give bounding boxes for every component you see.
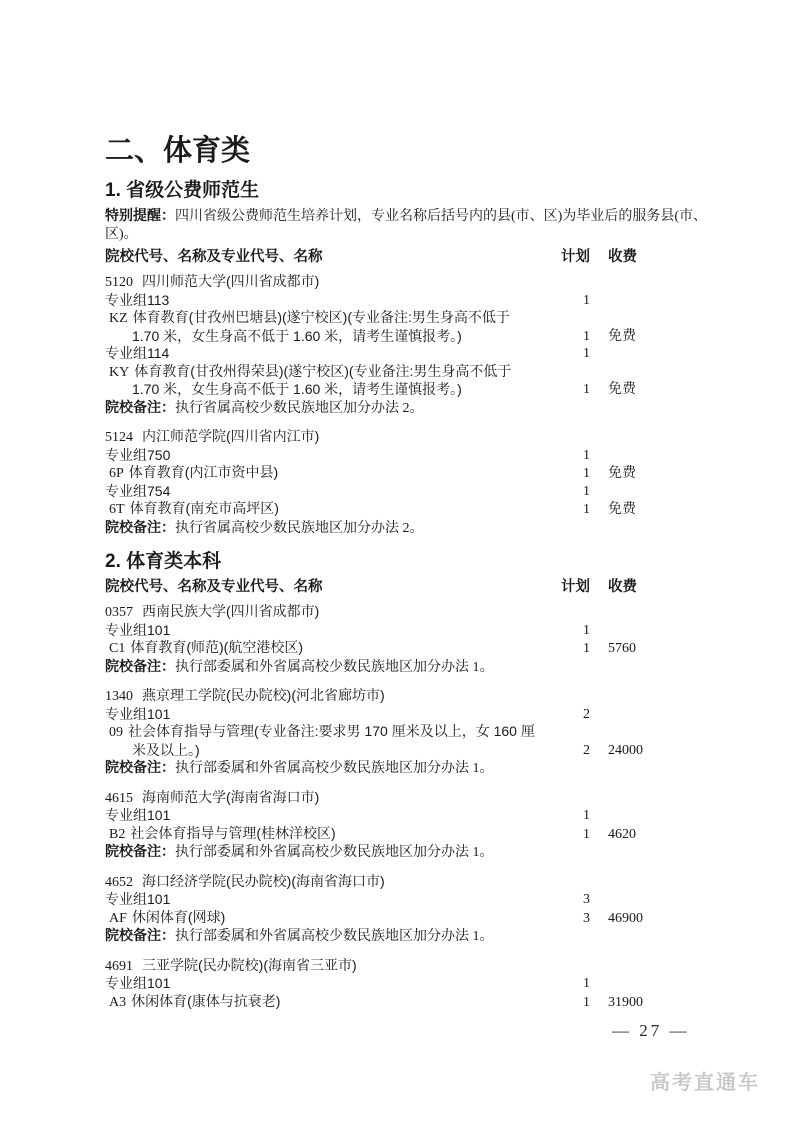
school-remark: 院校备注：执行部委属和外省属高校少数民族地区加分办法 1。 [105,927,668,946]
school-name: 内江师范学院(四川省内江市) [142,428,319,444]
group-row: 专业组101 3 [105,891,668,909]
group-label: 专业组113 [105,292,550,310]
major-code: KY [109,365,129,380]
group-label: 专业组114 [105,345,550,363]
fee-value: 4620 [590,826,668,844]
major-name: 体育教育(甘孜州巴塘县)(遂宁校区)(专业备注:男生身高不低于 1.70 米，女… [132,309,510,344]
school-row: 4691三亚学院(民办院校)(海南省三亚市) [105,957,668,976]
major-row: B2社会体育指导与管理(桂林洋校区) 1 4620 [105,825,668,844]
group-row: 专业组101 1 [105,807,668,825]
school-code: 0357 [105,605,133,620]
section-heading-1: 1. 省级公费师范生 [105,180,668,202]
page-number: — 27 — [612,1021,707,1041]
school-code: 5120 [105,275,133,290]
remark-text: 执行省属高校少数民族地区加分办法 2。 [175,401,424,416]
school-remark: 院校备注：执行省属高校少数民族地区加分办法 2。 [105,399,668,418]
major-row: 6P体育教育(内江市资中县) 1 免费 [105,464,668,483]
school-remark: 院校备注：执行省属高校少数民族地区加分办法 2。 [105,519,668,538]
major-name: 休闲体育(网球) [132,909,225,925]
page-title: 二、体育类 [105,134,668,168]
remark-prefix: 院校备注： [105,519,175,535]
plan-value: 1 [550,994,590,1012]
school-row: 0357西南民族大学(四川省成都市) [105,603,668,622]
col-fee-label: 收费 [590,248,668,266]
remark-prefix: 院校备注： [105,927,175,943]
group-label: 专业组101 [105,622,550,640]
plan-value: 1 [550,328,590,346]
plan-value: 1 [550,826,590,844]
school-block: 4615海南师范大学(海南省海口市) 专业组101 1 B2社会体育指导与管理(… [105,789,668,862]
school-code: 4615 [105,791,133,806]
major-name: 体育教育(南充市高坪区) [130,500,279,516]
school-block: 5120四川师范大学(四川省成都市) 专业组113 1 KZ体育教育(甘孜州巴塘… [105,273,668,417]
school-remark: 院校备注：执行部委属和外省属高校少数民族地区加分办法 1。 [105,759,668,778]
col-plan-label: 计划 [550,578,590,596]
remark-text: 执行部委属和外省属高校少数民族地区加分办法 1。 [175,761,494,776]
group-label: 专业组101 [105,891,550,909]
watermark: 高考直通车 [650,1066,760,1095]
plan-value: 2 [550,742,590,760]
major-row: KZ体育教育(甘孜州巴塘县)(遂宁校区)(专业备注:男生身高不低于 1.70 米… [105,309,668,345]
school-block: 0357西南民族大学(四川省成都市) 专业组101 1 C1体育教育(师范)(航… [105,603,668,676]
school-name: 三亚学院(民办院校)(海南省三亚市) [142,957,357,973]
page-content: 二、体育类 1. 省级公费师范生 特别提醒：四川省级公费师范生培养计划，专业名称… [105,134,668,1011]
col-fee-label: 收费 [590,578,668,596]
fee-value: 31900 [590,994,668,1012]
remark-text: 执行省属高校少数民族地区加分办法 2。 [175,521,424,536]
school-row: 4652海口经济学院(民办院校)(海南省海口市) [105,873,668,892]
major-code: B2 [109,827,125,842]
school-code: 4652 [105,875,133,890]
major-code: C1 [109,641,125,656]
group-row: 专业组750 1 [105,447,668,465]
group-row: 专业组754 1 [105,483,668,501]
remark-text: 执行部委属和外省属高校少数民族地区加分办法 1。 [175,660,494,675]
plan-value: 1 [550,483,590,501]
fee-value: 免费 [590,465,668,483]
school-remark: 院校备注：执行部委属和外省属高校少数民族地区加分办法 1。 [105,658,668,677]
plan-value: 1 [550,292,590,310]
school-block: 1340燕京理工学院(民办院校)(河北省廊坊市) 专业组101 2 09社会体育… [105,687,668,778]
section-heading-2: 2. 体育类本科 [105,551,668,573]
plan-value: 1 [550,640,590,658]
col-main-label: 院校代号、名称及专业代号、名称 [105,248,550,266]
school-row: 1340燕京理工学院(民办院校)(河北省廊坊市) [105,687,668,706]
group-label: 专业组101 [105,807,550,825]
major-row: A3休闲体育(康体与抗衰老) 1 31900 [105,993,668,1012]
fee-value: 5760 [590,640,668,658]
fee-value: 免费 [590,501,668,519]
major-code: 6P [109,466,124,481]
major-name: 体育教育(师范)(航空港校区) [130,639,303,655]
remark-prefix: 院校备注： [105,759,175,775]
school-block: 4652海口经济学院(民办院校)(海南省海口市) 专业组101 3 AF休闲体育… [105,873,668,946]
group-row: 专业组114 1 [105,345,668,363]
col-main-label: 院校代号、名称及专业代号、名称 [105,578,550,596]
school-name: 燕京理工学院(民办院校)(河北省廊坊市) [142,687,385,703]
special-notice: 特别提醒：四川省级公费师范生培养计划，专业名称后括号内的县(市、区)为毕业后的服… [105,207,713,243]
group-row: 专业组101 1 [105,622,668,640]
group-label: 专业组750 [105,447,550,465]
major-row: KY体育教育(甘孜州得荣县)(遂宁校区)(专业备注:男生身高不低于 1.70 米… [105,363,668,399]
remark-prefix: 院校备注： [105,843,175,859]
plan-value: 1 [550,501,590,519]
plan-value: 1 [550,345,590,363]
major-name: 社会体育指导与管理(桂林洋校区) [130,825,335,841]
plan-value: 1 [550,447,590,465]
plan-value: 1 [550,465,590,483]
plan-value: 3 [550,891,590,909]
school-name: 四川师范大学(四川省成都市) [142,273,319,289]
school-remark: 院校备注：执行部委属和外省属高校少数民族地区加分办法 1。 [105,843,668,862]
school-block: 5124内江师范学院(四川省内江市) 专业组750 1 6P体育教育(内江市资中… [105,428,668,537]
major-row: AF休闲体育(网球) 3 46900 [105,909,668,928]
fee-value: 免费 [590,381,668,399]
major-row: 6T体育教育(南充市高坪区) 1 免费 [105,500,668,519]
major-name: 休闲体育(康体与抗衰老) [131,993,280,1009]
notice-prefix: 特别提醒： [105,207,175,223]
school-code: 5124 [105,430,133,445]
plan-value: 1 [550,975,590,993]
school-code: 1340 [105,689,133,704]
remark-text: 执行部委属和外省属高校少数民族地区加分办法 1。 [175,845,494,860]
remark-prefix: 院校备注： [105,658,175,674]
group-row: 专业组113 1 [105,292,668,310]
fee-value: 免费 [590,328,668,346]
group-row: 专业组101 1 [105,975,668,993]
group-row: 专业组101 2 [105,706,668,724]
group-label: 专业组101 [105,975,550,993]
school-block: 4691三亚学院(民办院校)(海南省三亚市) 专业组101 1 A3休闲体育(康… [105,957,668,1012]
major-code: 09 [109,725,123,740]
plan-value: 3 [550,910,590,928]
col-plan-label: 计划 [550,248,590,266]
table-header: 院校代号、名称及专业代号、名称 计划 收费 [105,248,668,266]
plan-value: 1 [550,381,590,399]
major-row: C1体育教育(师范)(航空港校区) 1 5760 [105,639,668,658]
major-name: 体育教育(内江市资中县) [129,464,278,480]
major-code: 6T [109,502,125,517]
fee-value: 24000 [590,742,668,760]
school-row: 4615海南师范大学(海南省海口市) [105,789,668,808]
school-row: 5124内江师范学院(四川省内江市) [105,428,668,447]
remark-text: 执行部委属和外省属高校少数民族地区加分办法 1。 [175,929,494,944]
school-row: 5120四川师范大学(四川省成都市) [105,273,668,292]
remark-prefix: 院校备注： [105,399,175,415]
group-label: 专业组754 [105,483,550,501]
major-code: AF [109,911,127,926]
major-code: KZ [109,311,128,326]
group-label: 专业组101 [105,706,550,724]
school-name: 海口经济学院(民办院校)(海南省海口市) [142,873,385,889]
plan-value: 1 [550,622,590,640]
school-name: 海南师范大学(海南省海口市) [142,789,319,805]
school-name: 西南民族大学(四川省成都市) [142,603,319,619]
major-name: 体育教育(甘孜州得荣县)(遂宁校区)(专业备注:男生身高不低于 1.70 米，女… [132,363,511,398]
major-name: 社会体育指导与管理(专业备注:要求男 170 厘米及以上，女 160 厘 米及以… [128,723,535,758]
fee-value: 46900 [590,910,668,928]
major-code: A3 [109,995,126,1010]
plan-value: 1 [550,807,590,825]
document-page: 二、体育类 1. 省级公费师范生 特别提醒：四川省级公费师范生培养计划，专业名称… [0,0,793,1122]
plan-value: 2 [550,706,590,724]
table-header: 院校代号、名称及专业代号、名称 计划 收费 [105,578,668,596]
major-row: 09社会体育指导与管理(专业备注:要求男 170 厘米及以上，女 160 厘 米… [105,723,668,759]
school-code: 4691 [105,959,133,974]
notice-text: 四川省级公费师范生培养计划，专业名称后括号内的县(市、区)为毕业后的服务县(市、… [105,209,707,242]
